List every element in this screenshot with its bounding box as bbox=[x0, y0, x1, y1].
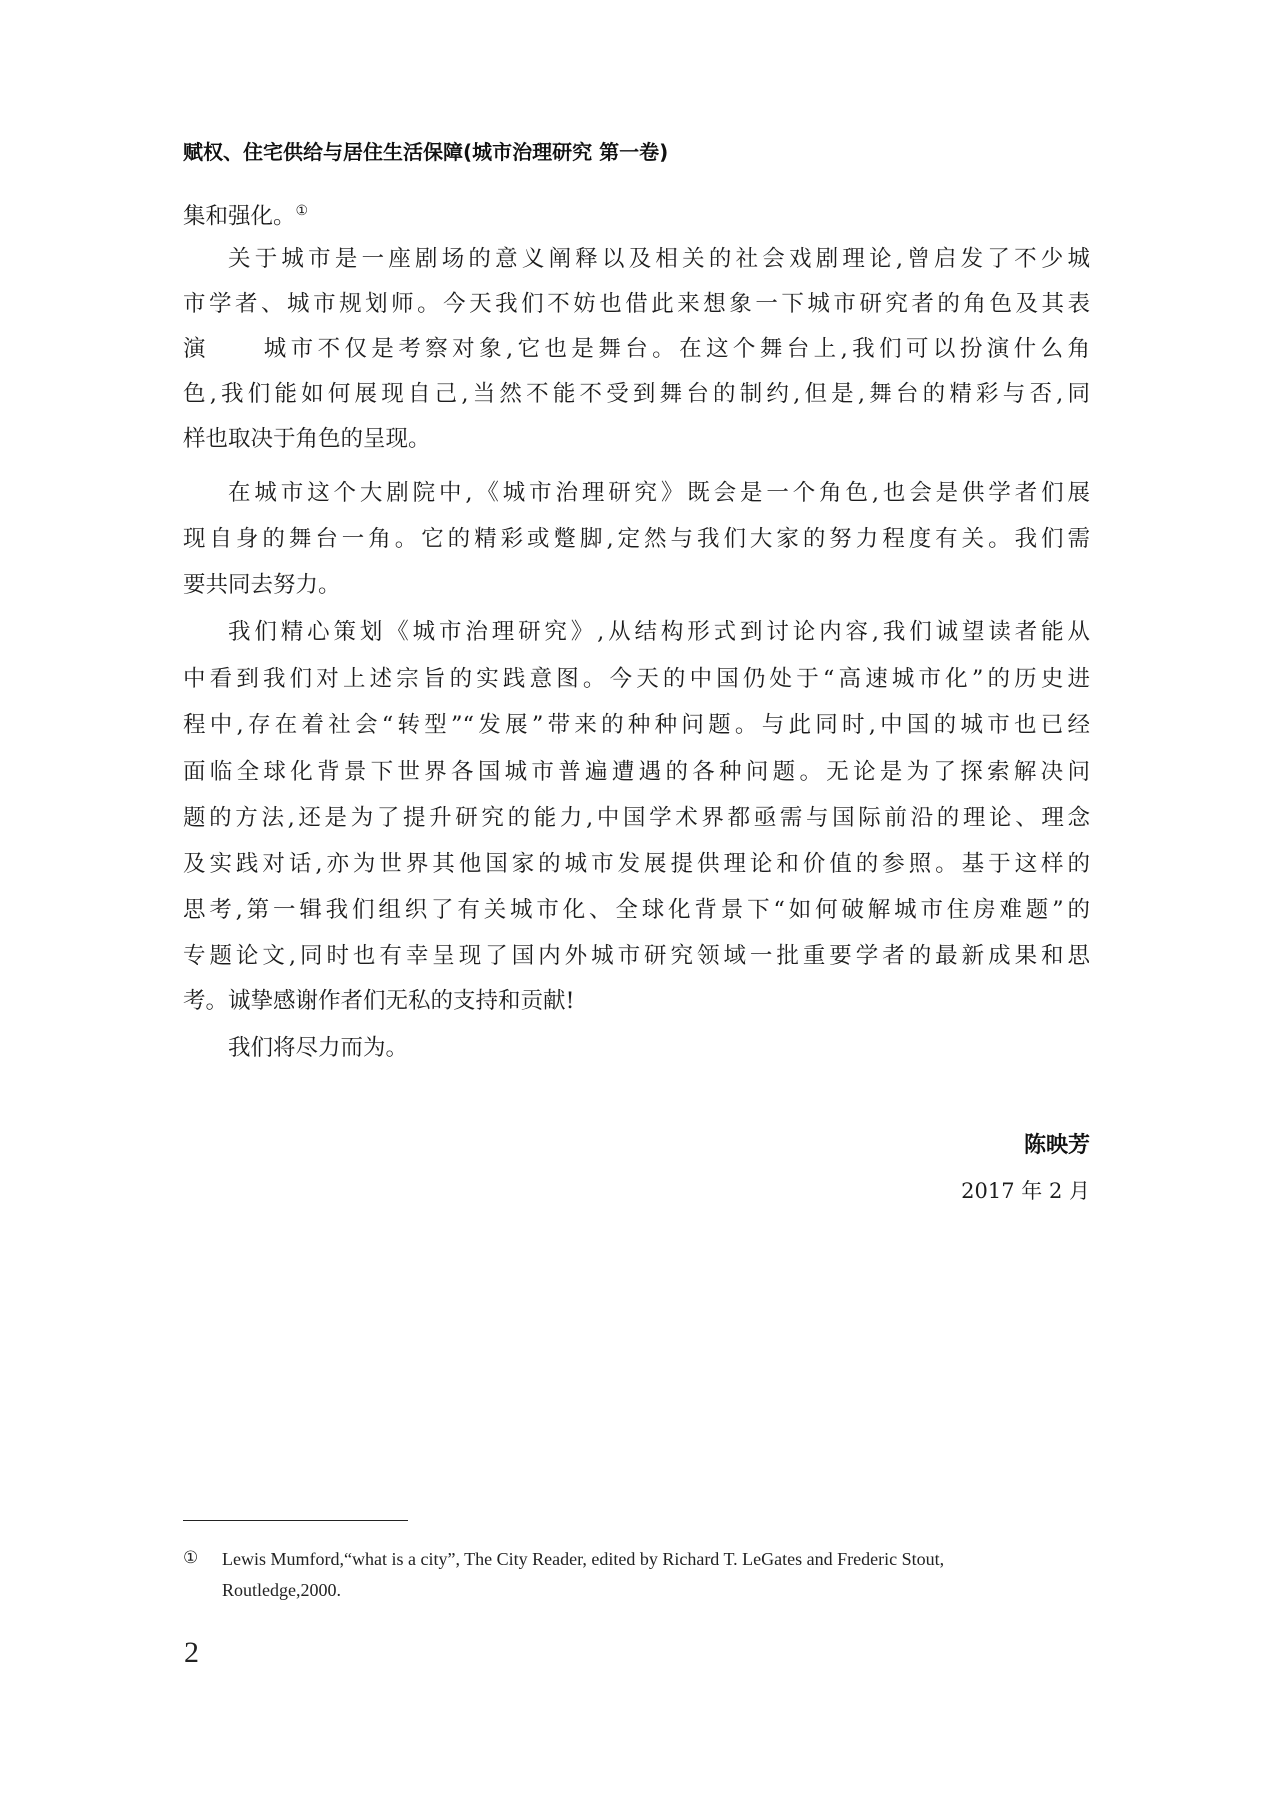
body-line-text: 在城市这个大剧院中,《城市治理研究》既会是一个角色,也会是供学者们展 bbox=[228, 480, 1090, 506]
body-line-text: 要共同去努力。 bbox=[183, 572, 341, 598]
body-line: 我们精心策划《城市治理研究》,从结构形式到讨论内容,我们诚望读者能从 bbox=[228, 617, 1090, 647]
page-number: 2 bbox=[184, 1636, 199, 1670]
body-line-text: 市学者、城市规划师。今天我们不妨也借此来想象一下城市研究者的角色及其表 bbox=[183, 291, 1090, 317]
body-line: 面临全球化背景下世界各国城市普遍遭遇的各种问题。无论是为了探索解决问 bbox=[183, 757, 1090, 787]
body-line: 关于城市是一座剧场的意义阐释以及相关的社会戏剧理论,曾启发了不少城 bbox=[228, 244, 1090, 274]
body-line-text: 中看到我们对上述宗旨的实践意图。今天的中国仍处于“高速城市化”的历史进 bbox=[183, 666, 1090, 692]
footnote-line-1: Lewis Mumford,“what is a city”, The City… bbox=[222, 1549, 1092, 1570]
body-line: 在城市这个大剧院中,《城市治理研究》既会是一个角色,也会是供学者们展 bbox=[228, 478, 1090, 508]
footnote-line-2: Routledge,2000. bbox=[222, 1580, 1092, 1601]
body-line-text: 集和强化。 bbox=[183, 204, 296, 230]
body-line-text: 样也取决于角色的呈现。 bbox=[183, 426, 431, 452]
footnote-marker: ① bbox=[183, 1548, 198, 1568]
signature-date: 2017 年 2 月 bbox=[961, 1175, 1090, 1205]
body-line: 演 城市不仅是考察对象,它也是舞台。在这个舞台上,我们可以扮演什么角 bbox=[183, 334, 1090, 364]
body-line-text: 我们精心策划《城市治理研究》,从结构形式到讨论内容,我们诚望读者能从 bbox=[228, 619, 1090, 645]
body-line-text: 思考,第一辑我们组织了有关城市化、全球化背景下“如何破解城市住房难题”的 bbox=[183, 897, 1090, 923]
body-line-text: 我们将尽力而为。 bbox=[228, 1035, 408, 1061]
body-line-text: 专题论文,同时也有幸呈现了国内外城市研究领域一批重要学者的最新成果和思 bbox=[183, 943, 1090, 969]
body-line: 中看到我们对上述宗旨的实践意图。今天的中国仍处于“高速城市化”的历史进 bbox=[183, 664, 1090, 694]
body-line-text: 程中,存在着社会“转型”“发展”带来的种种问题。与此同时,中国的城市也已经 bbox=[183, 712, 1090, 738]
body-line: 市学者、城市规划师。今天我们不妨也借此来想象一下城市研究者的角色及其表 bbox=[183, 289, 1090, 319]
footnote-rule bbox=[183, 1520, 408, 1521]
body-line-text: 及实践对话,亦为世界其他国家的城市发展提供理论和价值的参照。基于这样的 bbox=[183, 851, 1090, 877]
body-line: 及实践对话,亦为世界其他国家的城市发展提供理论和价值的参照。基于这样的 bbox=[183, 849, 1090, 879]
body-line: 程中,存在着社会“转型”“发展”带来的种种问题。与此同时,中国的城市也已经 bbox=[183, 710, 1090, 740]
body-line-text: 面临全球化背景下世界各国城市普遍遭遇的各种问题。无论是为了探索解决问 bbox=[183, 759, 1090, 785]
body-line: 要共同去努力。 bbox=[183, 570, 1090, 600]
body-line-text: 关于城市是一座剧场的意义阐释以及相关的社会戏剧理论,曾启发了不少城 bbox=[228, 246, 1090, 272]
body-line: 样也取决于角色的呈现。 bbox=[183, 424, 1090, 454]
body-line-text: 现自身的舞台一角。它的精彩或蹩脚,定然与我们大家的努力程度有关。我们需 bbox=[183, 526, 1090, 552]
body-line: 考。诚挚感谢作者们无私的支持和贡献! bbox=[183, 986, 1090, 1016]
body-line-text: 题的方法,还是为了提升研究的能力,中国学术界都亟需与国际前沿的理论、理念 bbox=[183, 805, 1090, 831]
running-header: 赋权、住宅供给与居住生活保障(城市治理研究 第一卷) bbox=[183, 136, 668, 165]
signature-author: 陈映芳 bbox=[1024, 1128, 1090, 1159]
footnote-reference[interactable]: ① bbox=[296, 203, 309, 219]
body-line: 色,我们能如何展现自己,当然不能不受到舞台的制约,但是,舞台的精彩与否,同 bbox=[183, 379, 1090, 409]
body-line: 现自身的舞台一角。它的精彩或蹩脚,定然与我们大家的努力程度有关。我们需 bbox=[183, 524, 1090, 554]
body-line: 专题论文,同时也有幸呈现了国内外城市研究领域一批重要学者的最新成果和思 bbox=[183, 941, 1090, 971]
body-line-text: 考。诚挚感谢作者们无私的支持和贡献! bbox=[183, 988, 575, 1014]
body-line-text: 演 城市不仅是考察对象,它也是舞台。在这个舞台上,我们可以扮演什么角 bbox=[183, 336, 1090, 362]
body-line: 集和强化。① bbox=[183, 196, 1090, 232]
body-line: 题的方法,还是为了提升研究的能力,中国学术界都亟需与国际前沿的理论、理念 bbox=[183, 803, 1090, 833]
body-line: 我们将尽力而为。 bbox=[228, 1033, 1090, 1063]
body-line-text: 色,我们能如何展现自己,当然不能不受到舞台的制约,但是,舞台的精彩与否,同 bbox=[183, 381, 1090, 407]
body-line: 思考,第一辑我们组织了有关城市化、全球化背景下“如何破解城市住房难题”的 bbox=[183, 895, 1090, 925]
